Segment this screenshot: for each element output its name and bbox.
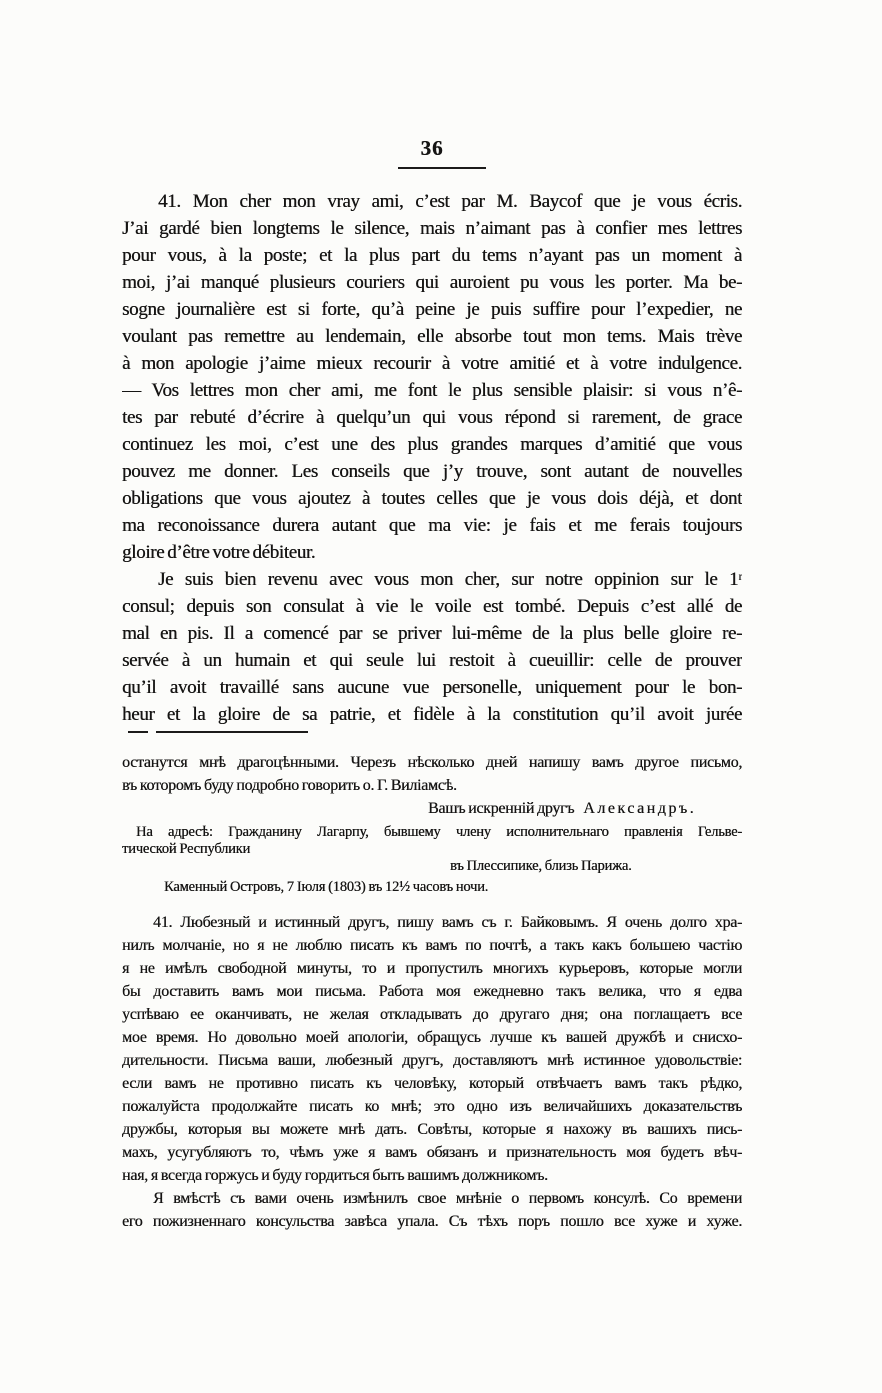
text-line: mal en pis. Il a comencé par se priver l…	[122, 620, 742, 647]
text-line: дружбы, которыя вы можете мнѣ дать. Совѣ…	[122, 1118, 742, 1141]
text-line: à mon apologie j’aime mieux recourir à v…	[122, 350, 742, 377]
text-line: — Vos lettres mon cher ami, me font le p…	[122, 377, 742, 404]
text-line: успѣваю ее оканчивать, не желая откладыв…	[122, 1003, 742, 1026]
text-line: Je suis bien revenu avec vous mon cher, …	[122, 566, 742, 593]
text-line: obligations que vous ajoutez à toutes ce…	[122, 485, 742, 512]
text-line: pour vous, à la poste; et la plus part d…	[122, 242, 742, 269]
text-line: мое время. Но довольно моей апологіи, об…	[122, 1026, 742, 1049]
footnote-continuation: останутся мнѣ драгоцѣнными. Черезъ нѣско…	[122, 751, 742, 797]
text-line: sogne journalière est si forte, qu’à pei…	[122, 296, 742, 323]
divider-dash-segment	[128, 731, 148, 733]
text-line: На адресѣ: Гражданину Лагарпу, бывшему ч…	[122, 824, 742, 841]
signature-line: Вашъ искренній другъАлександръ.	[122, 797, 742, 821]
text-line: Я вмѣстѣ съ вами очень измѣнилъ свое мнѣ…	[122, 1187, 742, 1210]
footnote-divider	[128, 731, 328, 734]
text-line: ная, я всегда горжусь и буду гордиться б…	[122, 1164, 742, 1187]
text-line: continuez les moi, c’est une des plus gr…	[122, 431, 742, 458]
text-line: pouvez me donner. Les conseils que j’y t…	[122, 458, 742, 485]
text-line: тической Республики	[122, 841, 742, 858]
text-line: 41. Mon cher mon vray ami, c’est par M. …	[122, 188, 742, 215]
scanned-book-page: 36 41. Mon cher mon vray ami, c’est par …	[0, 0, 882, 1393]
russian-translation-block: 41. Любезный и истинный другъ, пишу вамъ…	[122, 911, 742, 1233]
text-line: дительности. Письма ваши, любезный другъ…	[122, 1049, 742, 1072]
footnote-block: останутся мнѣ драгоцѣнными. Черезъ нѣско…	[122, 751, 742, 1233]
text-line: Каменный Островъ, 7 Іюля (1803) въ 12½ ч…	[122, 878, 742, 896]
text-line: бы доставить вамъ мои письма. Работа моя…	[122, 980, 742, 1003]
text-line: moi, j’ai manqué plusieurs couriers qui …	[122, 269, 742, 296]
french-letter-block: 41. Mon cher mon vray ami, c’est par M. …	[122, 188, 742, 728]
text-line: махъ, усугубляютъ то, чѣмъ уже я вамъ об…	[122, 1141, 742, 1164]
text-line: 41. Любезный и истинный другъ, пишу вамъ…	[122, 911, 742, 934]
text-line: его пожизненнаго консульства завѣса упал…	[122, 1210, 742, 1233]
text-line: servée à un humain et qui seule lui rest…	[122, 647, 742, 674]
text-line: qu’il avoit travaillé sans aucune vue pe…	[122, 674, 742, 701]
text-line: gloire d’être votre débiteur.	[122, 539, 742, 566]
text-line: consul; depuis son consulat à vie le voi…	[122, 593, 742, 620]
text-line: останутся мнѣ драгоцѣнными. Черезъ нѣско…	[122, 751, 742, 774]
divider-rule-segment	[156, 731, 308, 733]
text-line: я не имѣлъ свободной минуты, то и пропус…	[122, 957, 742, 980]
text-line: ma reconoissance durera autant que ma vi…	[122, 512, 742, 539]
page-number-rule	[398, 167, 486, 169]
page-number: 36	[122, 136, 742, 161]
text-line: пожалуйста продолжайте писать ко мнѣ; эт…	[122, 1095, 742, 1118]
text-line: tes par rebuté d’écrire à quelqu’un qui …	[122, 404, 742, 431]
address-block: На адресѣ: Гражданину Лагарпу, бывшему ч…	[122, 824, 742, 896]
signature-name: Александръ.	[583, 800, 696, 817]
text-line: если вамъ не противно писать къ человѣку…	[122, 1072, 742, 1095]
text-line: J’ai gardé bien longtems le silence, mai…	[122, 215, 742, 242]
text-line: въ которомъ буду подробно говорить о. Г.…	[122, 774, 742, 797]
text-line: voulant pas remettre au lendemain, elle …	[122, 323, 742, 350]
signature-prefix: Вашъ искренній другъ	[428, 800, 574, 817]
text-line: въ Плессипике, близь Парижа.	[122, 857, 742, 875]
text-line: нилъ молчаніе, но я не люблю писать къ в…	[122, 934, 742, 957]
text-line: heur et la gloire de sa patrie, et fidèl…	[122, 701, 742, 728]
